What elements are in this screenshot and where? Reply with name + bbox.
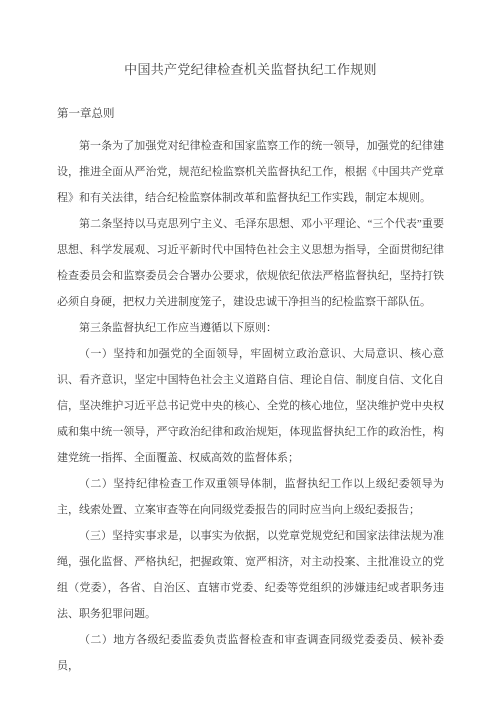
document-page: 中国共产党纪律检查机关监督执纪工作规则 第一章总则 第一条为了加强党对纪律检查和… xyxy=(0,0,500,707)
paragraph-principle-3: （三）坚持实事求是，以事实为依据，以党章党规党纪和国家法律法规为准绳，强化监督、… xyxy=(57,523,444,627)
paragraph-local-committees: （二）地方各级纪委监委负责监督检查和审查调查同级党委委员、候补委员， xyxy=(57,627,444,679)
paragraph-article-2: 第二条坚持以马克思列宁主义、毛泽东思想、邓小平理论、“三个代表”重要思想、科学发… xyxy=(57,211,444,315)
paragraph-article-3: 第三条监督执纪工作应当遵循以下原则： xyxy=(57,315,444,341)
paragraph-principle-1: （一）坚持和加强党的全面领导，牢固树立政治意识、大局意识、核心意识、看齐意识，坚… xyxy=(57,341,444,471)
document-title: 中国共产党纪律检查机关监督执纪工作规则 xyxy=(57,58,444,82)
paragraph-principle-2: （二）坚持纪律检查工作双重领导体制，监督执纪工作以上级纪委领导为主，线索处置、立… xyxy=(57,471,444,523)
chapter-heading: 第一章总则 xyxy=(57,101,444,127)
paragraph-article-1: 第一条为了加强党对纪律检查和国家监察工作的统一领导，加强党的纪律建设，推进全面从… xyxy=(57,133,444,211)
